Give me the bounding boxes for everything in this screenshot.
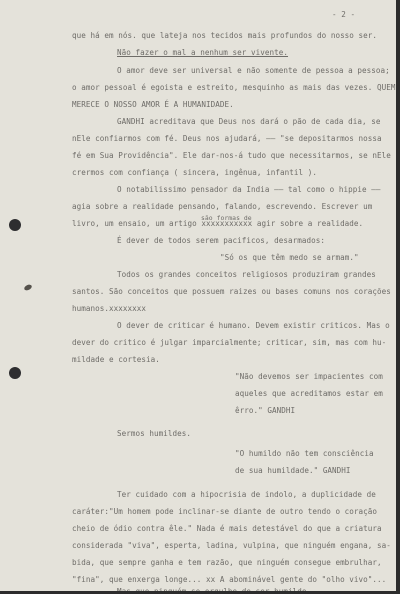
text-line: mildade e cortesia. — [72, 355, 160, 364]
text-line: considerada "viva", esperta, ladina, vul… — [72, 541, 391, 550]
text-line: caráter:"Um homem pode inclinar-se diant… — [72, 507, 377, 516]
text-line: que há em nós. que lateja nos tecidos ma… — [72, 31, 377, 40]
text-line: aqueles que acreditamos estar em — [235, 389, 383, 398]
text-line: É dever de todos serem pacificos, desarm… — [117, 236, 325, 245]
text-line: O amor deve ser universal e não somente … — [117, 66, 390, 75]
interlinear-insertion: são formas de — [201, 214, 252, 223]
text-line: O dever de criticar é humano. Devem exis… — [117, 321, 390, 330]
text-line: dever do critico é julgar imparcialmente… — [72, 338, 386, 347]
text-line: "Não devemos ser impacientes com — [235, 372, 383, 381]
text-line: Todos os grandes conceitos religiosos pr… — [117, 270, 376, 279]
text-line: bida, que sempre ganha e tem razão, que … — [72, 558, 382, 567]
text-line: êrro." GANDHI — [235, 406, 295, 415]
text-line: MERECE O NOSSO AMOR É A HUMANIDADE. — [72, 100, 234, 109]
text-line: Ter cuidado com a hipocrisia de indolo, … — [117, 490, 376, 499]
text-line: cheio de ódio contra êle." Nada é mais d… — [72, 524, 382, 533]
text-line: "fina", que enxerga longe... xx A abomin… — [72, 575, 386, 584]
text-line: Sermos humildes. — [117, 429, 191, 438]
document-page: - 2 - que há em nós. que lateja nos teci… — [0, 0, 396, 591]
text-line: nEle confiarmos com fé. Deus nos ajudará… — [72, 134, 382, 143]
text-line: agia sobre a realidade pensando, falando… — [72, 202, 372, 211]
paper-blemish — [23, 284, 32, 292]
punch-hole-top — [9, 219, 21, 231]
text-line: O notabilissimo pensador da India —— tal… — [117, 185, 380, 194]
text-line: GANDHI acreditava que Deus nos dará o pã… — [117, 117, 380, 126]
page-number: - 2 - — [332, 10, 355, 19]
punch-hole-bottom — [9, 367, 21, 379]
text-line: fé em Sua Providência". Ele dar-nos-á tu… — [72, 151, 391, 160]
text-line: "Só os que têm medo se armam." — [220, 253, 359, 262]
text-line: crermos com confiança ( sincera, ingênua… — [72, 168, 317, 177]
text-line: humanos.xxxxxxxx — [72, 304, 146, 313]
scan-edge-right — [396, 0, 400, 594]
text-line: o amor pessoal é egoista e estreito, mes… — [72, 83, 396, 92]
text-line: Não fazer o mal a nenhum ser vivente. — [117, 48, 288, 57]
text-line: santos. São conceitos que possuem raizes… — [72, 287, 391, 296]
text-line: de sua humildade." GANDHI — [235, 466, 351, 475]
text-line: "O humildo não tem consciência — [235, 449, 374, 458]
